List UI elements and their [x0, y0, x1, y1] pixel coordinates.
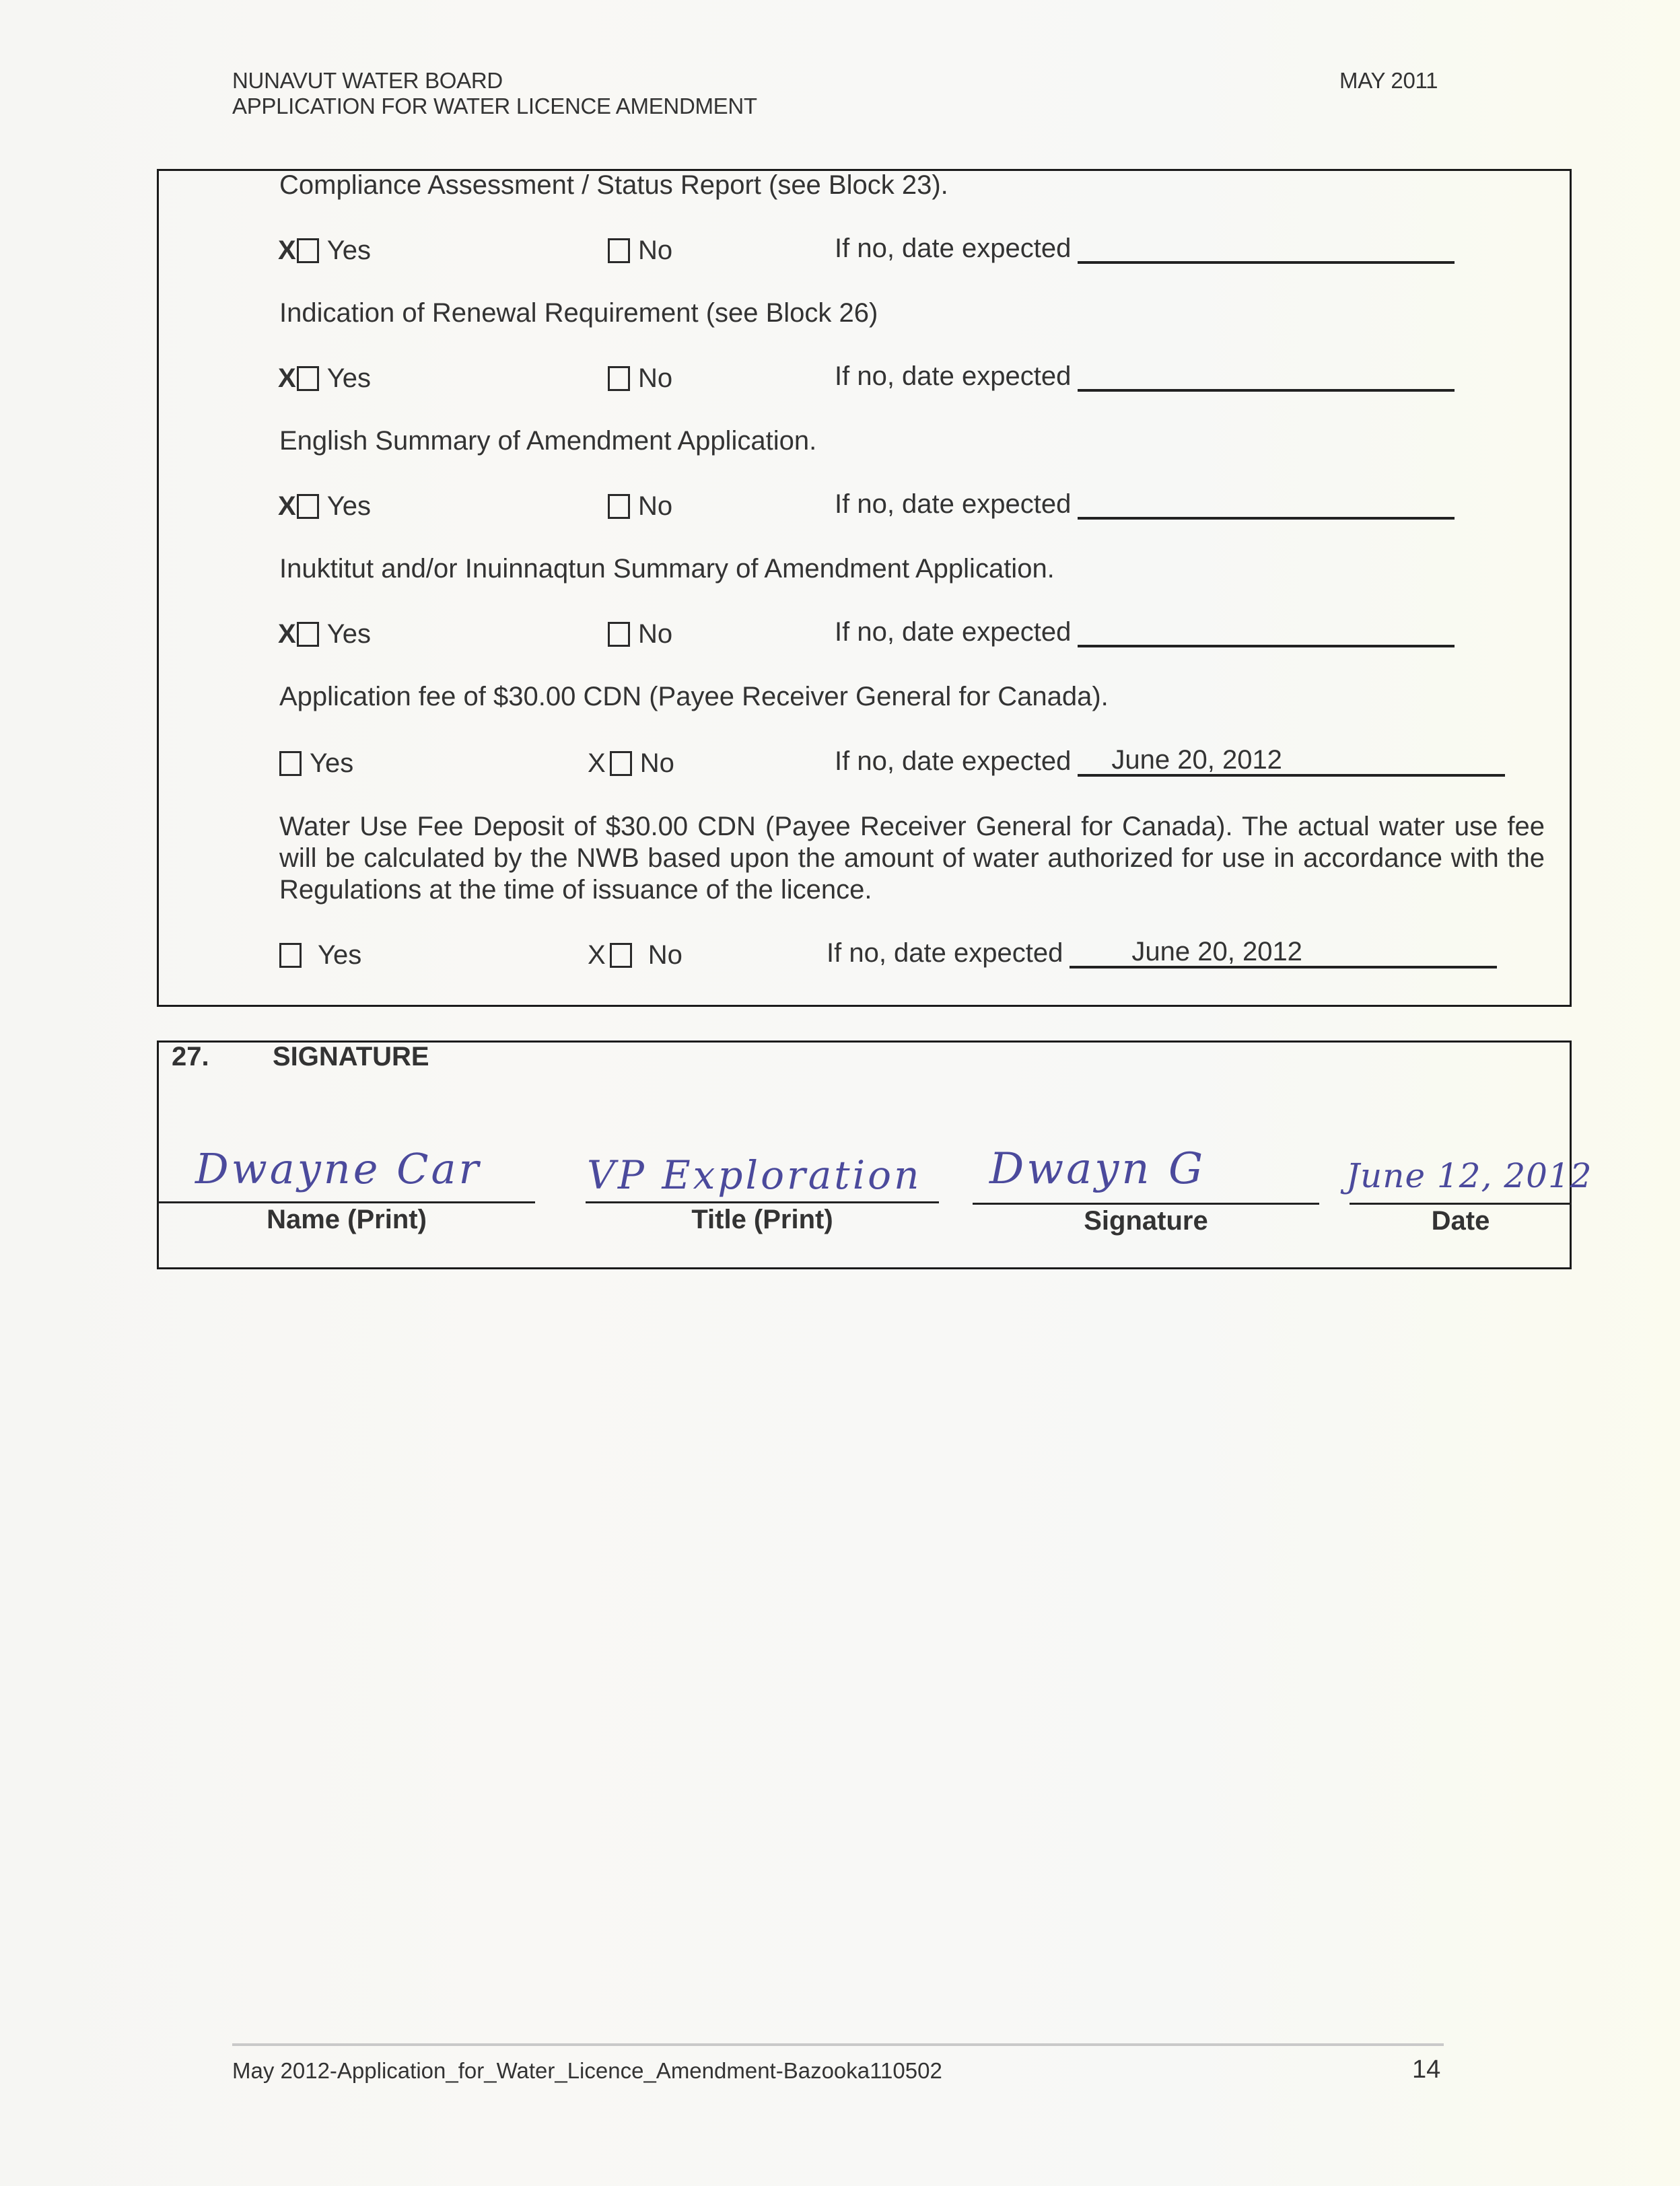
date-value: June 12, 2012	[1346, 1156, 1593, 1195]
signature-value: Dwayn G	[989, 1144, 1205, 1194]
checkbox-yes[interactable]	[297, 366, 319, 391]
option-no[interactable]: No	[608, 236, 672, 266]
date-expected-label: If no, date expected	[827, 938, 1063, 968]
header-form-date: MAY 2011	[1339, 67, 1438, 94]
title-label: Title (Print)	[586, 1205, 939, 1235]
checkbox-no[interactable]	[608, 494, 630, 519]
date-expected-line[interactable]: June 20, 2012	[1078, 744, 1505, 777]
question-renewal: Indication of Renewal Requirement (see B…	[279, 298, 878, 328]
signature-block-title: SIGNATURE	[273, 1042, 429, 1072]
header-org: NUNAVUT WATER BOARD	[232, 67, 503, 94]
date-expected-label: If no, date expected	[835, 746, 1071, 777]
option-label: Yes	[318, 940, 361, 971]
option-label: Yes	[327, 619, 371, 649]
checkbox-yes[interactable]	[297, 622, 319, 647]
name-value: Dwayne Car	[195, 1144, 481, 1193]
option-label: Yes	[327, 363, 371, 394]
date-expected-label: If no, date expected	[835, 617, 1071, 647]
name-label: Name (Print)	[158, 1205, 535, 1235]
question-inuktitut-summary: Inuktitut and/or Inuinnaqtun Summary of …	[279, 554, 1055, 584]
option-yes[interactable]: XYes	[278, 236, 371, 266]
option-label: Yes	[310, 748, 353, 779]
checkbox-yes[interactable]	[297, 494, 319, 519]
option-no[interactable]: XNo	[588, 940, 682, 971]
check-mark: X	[588, 940, 606, 971]
page-number: 14	[1412, 2055, 1440, 2084]
date-expected-line[interactable]	[1078, 487, 1455, 520]
checkbox-no[interactable]	[608, 622, 630, 647]
date-expected-field[interactable]: If no, date expected June 20, 2012	[835, 744, 1505, 777]
date-expected-label: If no, date expected	[835, 489, 1071, 520]
option-yes[interactable]: XYes	[278, 619, 371, 649]
date-label: Date	[1350, 1206, 1572, 1236]
date-expected-value: June 20, 2012	[1131, 937, 1302, 967]
signature-label: Signature	[973, 1206, 1319, 1236]
title-line[interactable]	[586, 1201, 939, 1203]
option-no[interactable]: XNo	[588, 748, 674, 779]
date-expected-label: If no, date expected	[835, 234, 1071, 264]
checkbox-yes[interactable]	[297, 238, 319, 263]
name-line[interactable]	[158, 1201, 535, 1203]
date-expected-line[interactable]: June 20, 2012	[1070, 936, 1497, 968]
footer-filename: May 2012-Application_for_Water_Licence_A…	[232, 2058, 942, 2084]
option-label: No	[638, 619, 672, 649]
date-expected-line[interactable]	[1078, 359, 1455, 392]
option-yes[interactable]: Yes	[279, 748, 353, 779]
check-mark: X	[278, 363, 296, 394]
title-value: VP Exploration	[587, 1152, 921, 1198]
checkbox-no[interactable]	[610, 943, 632, 968]
option-label: Yes	[327, 236, 371, 266]
check-mark: X	[588, 748, 606, 779]
signature-line[interactable]	[973, 1203, 1319, 1205]
option-label: No	[638, 363, 672, 394]
option-label: No	[638, 491, 672, 522]
signature-block-number: 27.	[172, 1042, 209, 1072]
question-application-fee: Application fee of $30.00 CDN (Payee Rec…	[279, 682, 1109, 712]
option-yes[interactable]: XYes	[278, 491, 371, 522]
checkbox-yes[interactable]	[279, 751, 302, 776]
checkbox-yes[interactable]	[279, 943, 302, 968]
check-mark: X	[278, 491, 296, 522]
question-water-use-fee: Water Use Fee Deposit of $30.00 CDN (Pay…	[279, 811, 1545, 906]
date-expected-line[interactable]	[1078, 615, 1455, 647]
footer-divider	[232, 2043, 1444, 2046]
checkbox-no[interactable]	[610, 751, 632, 776]
question-compliance: Compliance Assessment / Status Report (s…	[279, 170, 948, 201]
option-no[interactable]: No	[608, 619, 672, 649]
date-expected-field[interactable]: If no, date expected	[835, 487, 1455, 520]
option-label: No	[638, 236, 672, 266]
option-label: No	[640, 748, 674, 779]
date-expected-label: If no, date expected	[835, 361, 1071, 392]
option-yes[interactable]: Yes	[279, 940, 361, 971]
checkbox-no[interactable]	[608, 366, 630, 391]
option-label: Yes	[327, 491, 371, 522]
option-no[interactable]: No	[608, 363, 672, 394]
check-mark: X	[278, 619, 296, 649]
header-form-title: APPLICATION FOR WATER LICENCE AMENDMENT	[232, 93, 757, 120]
date-expected-field[interactable]: If no, date expected June 20, 2012	[827, 936, 1497, 968]
date-expected-field[interactable]: If no, date expected	[835, 359, 1455, 392]
checkbox-no[interactable]	[608, 238, 630, 263]
check-mark: X	[278, 236, 296, 266]
option-yes[interactable]: XYes	[278, 363, 371, 394]
date-expected-value: June 20, 2012	[1111, 745, 1282, 775]
date-expected-line[interactable]	[1078, 232, 1455, 264]
date-expected-field[interactable]: If no, date expected	[835, 615, 1455, 647]
question-english-summary: English Summary of Amendment Application…	[279, 426, 816, 456]
date-expected-field[interactable]: If no, date expected	[835, 232, 1455, 264]
date-line[interactable]	[1350, 1203, 1572, 1205]
option-no[interactable]: No	[608, 491, 672, 522]
option-label: No	[648, 940, 682, 971]
